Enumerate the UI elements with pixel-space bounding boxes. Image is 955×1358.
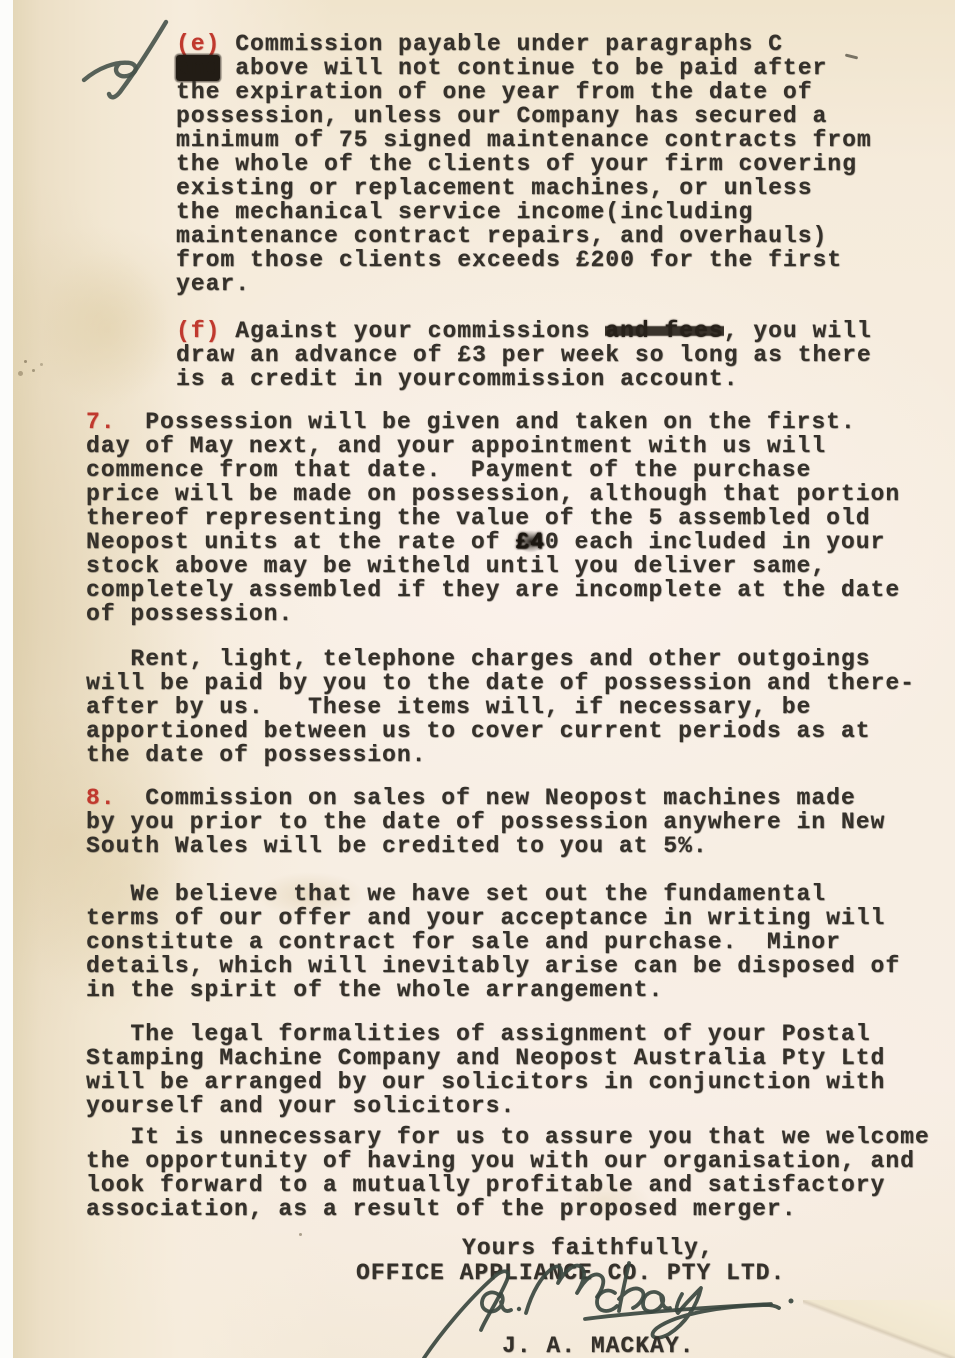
overtyped-text: £4 [515,529,545,555]
typed-text: look forward to a mutually profitable an… [86,1172,885,1198]
typed-text: We believe that we have set out the fund… [86,881,826,907]
paragraph-legal-formalities: The legal formalities of assignment of y… [86,1022,885,1118]
typed-text: thereof representing the value of the 5 … [86,505,871,531]
typed-text: will be arranged by our solicitors in co… [86,1069,885,1095]
typed-text: will be paid by you to the date of posse… [86,670,915,696]
typed-line: maintenance contract repairs, and overha… [176,224,872,248]
typed-text: the opportunity of having you with our o… [86,1148,915,1174]
typed-line: (f) Against your commissions and fees, y… [176,319,872,343]
typed-text: yourself and your solicitors. [86,1093,515,1119]
typed-text: South Wales will be credited to you at 5… [86,833,708,859]
typed-line: look forward to a mutually profitable an… [86,1173,930,1197]
typed-text: Neopost units at the rate of [86,529,515,555]
typed-line: 8. Commission on sales of new Neopost ma… [86,786,885,810]
typed-text: association, as a result of the proposed… [86,1196,797,1222]
typed-line: is a credit in yourcommission account. [176,367,872,391]
typed-line: minimum of 75 signed maintenance contrac… [176,128,872,152]
typed-text: maintenance contract repairs, and overha… [176,223,827,249]
typed-line: the opportunity of having you with our o… [86,1149,930,1173]
typed-text: commence from that date. Payment of the … [86,457,811,483]
typed-text: Commission payable under paragraphs C [220,31,783,57]
typed-text: Stamping Machine Company and Neopost Aus… [86,1045,885,1071]
paragraph-8: 8. Commission on sales of new Neopost ma… [86,786,885,858]
typed-line: from those clients exceeds £200 for the … [176,248,872,272]
paragraph-we-believe: We believe that we have set out the fund… [86,882,900,1002]
typed-line: will be arranged by our solicitors in co… [86,1070,885,1094]
typed-line: the whole of the clients of your firm co… [176,152,872,176]
typed-text: Against your commissions [220,318,605,344]
red-clause-label: 7. [86,409,116,435]
scanned-letter-page: (e) Commission payable under paragraphs … [0,0,955,1358]
typed-line: association, as a result of the proposed… [86,1197,930,1221]
typed-line: draw an advance of £3 per week so long a… [176,343,872,367]
typed-text: 0 each included in your [545,529,885,555]
typed-text: in the spirit of the whole arrangement. [86,977,663,1003]
paragraph-rent-outgoings: Rent, light, telephone charges and other… [86,647,915,767]
typed-line: completely assembled if they are incompl… [86,578,900,602]
typed-text: the whole of the clients of your firm co… [176,151,857,177]
typed-line: Stamping Machine Company and Neopost Aus… [86,1046,885,1070]
paper-speck [24,360,27,363]
typed-text: apportioned between us to cover current … [86,718,871,744]
typed-line: the date of possession. [86,743,915,767]
typed-text: price will be made on possession, althou… [86,481,900,507]
typed-line: yourself and your solicitors. [86,1094,885,1118]
paragraph-7: 7. Possession will be given and taken on… [86,410,900,626]
typed-line: in the spirit of the whole arrangement. [86,978,900,1002]
typed-line: possession, unless our Company has secur… [176,104,872,128]
typed-line: day of May next, and your appointment wi… [86,434,900,458]
typed-text: completely assembled if they are incompl… [86,577,900,603]
typed-line: and above will not continue to be paid a… [176,56,872,80]
typed-text: It is unnecessary for us to assure you t… [86,1124,930,1150]
typed-text: above will not continue to be paid after [220,55,827,81]
typed-line: will be paid by you to the date of posse… [86,671,915,695]
typed-line: price will be made on possession, althou… [86,482,900,506]
typed-text: year. [176,271,250,297]
typed-line: Rent, light, telephone charges and other… [86,647,915,671]
red-clause-label: (f) [176,318,220,344]
typed-text: terms of our offer and your acceptance i… [86,905,885,931]
typed-line: thereof representing the value of the 5 … [86,506,900,530]
typed-text: by you prior to the date of possession a… [86,809,885,835]
typed-line: The legal formalities of assignment of y… [86,1022,885,1046]
paragraph-welcome: It is unnecessary for us to assure you t… [86,1125,930,1221]
paper-speck [299,1233,302,1236]
typed-line: details, which will inevitably arise can… [86,954,900,978]
typed-text: from those clients exceeds £200 for the … [176,247,842,273]
typed-line: existing or replacement machines, or unl… [176,176,872,200]
typed-text: Commission on sales of new Neopost machi… [116,785,856,811]
typed-text: draw an advance of £3 per week so long a… [176,342,872,368]
typed-text: The legal formalities of assignment of y… [86,1021,871,1047]
typed-text: details, which will inevitably arise can… [86,953,900,979]
typed-text: the date of possession. [86,742,426,768]
typed-text: of possession. [86,601,293,627]
typed-line: 7. Possession will be given and taken on… [86,410,900,434]
typed-line: of possession. [86,602,900,626]
typed-line: terms of our offer and your acceptance i… [86,906,900,930]
typed-text: the expiration of one year from the date… [176,79,813,105]
typed-line: after by us. These items will, if necess… [86,695,915,719]
typed-text: day of May next, and your appointment wi… [86,433,826,459]
typed-line: year. [176,272,872,296]
typed-line: Neopost units at the rate of £40 each in… [86,530,900,554]
typed-text: the mechanical service income(including [176,199,753,225]
typed-text: after by us. These items will, if necess… [86,694,811,720]
red-clause-label: 8. [86,785,116,811]
typed-line: (e) Commission payable under paragraphs … [176,32,872,56]
struck-out-text: and fees [605,318,723,344]
typed-text: stock above may be witheld until you del… [86,553,826,579]
typed-text: minimum of 75 signed maintenance contrac… [176,127,872,153]
typed-line: stock above may be witheld until you del… [86,554,900,578]
typed-text: Rent, light, telephone charges and other… [86,646,871,672]
typed-text: Possession will be given and taken on th… [116,409,856,435]
typed-line: South Wales will be credited to you at 5… [86,834,885,858]
red-clause-label: (e) [176,31,220,57]
typed-line: by you prior to the date of possession a… [86,810,885,834]
typed-text: , you will [724,318,872,344]
typed-line: the mechanical service income(including [176,200,872,224]
typed-line: commence from that date. Payment of the … [86,458,900,482]
typed-line: It is unnecessary for us to assure you t… [86,1125,930,1149]
typed-line: constitute a contract for sale and purch… [86,930,900,954]
typed-line: the expiration of one year from the date… [176,80,872,104]
closing-signatory-typed-name: J. A. MACKAY. [502,1334,694,1358]
clause-e-paragraph: (e) Commission payable under paragraphs … [176,32,872,296]
typed-line: We believe that we have set out the fund… [86,882,900,906]
margin-pen-mark [76,16,180,108]
typed-text: existing or replacement machines, or unl… [176,175,813,201]
blacked-out-text: and [176,55,220,81]
typed-text: is a credit in yourcommission account. [176,366,739,392]
page-corner-fold [803,1300,955,1358]
typed-line: apportioned between us to cover current … [86,719,915,743]
typed-text: possession, unless our Company has secur… [176,103,827,129]
clause-f-paragraph: (f) Against your commissions and fees, y… [176,319,872,391]
typed-text: constitute a contract for sale and purch… [86,929,841,955]
